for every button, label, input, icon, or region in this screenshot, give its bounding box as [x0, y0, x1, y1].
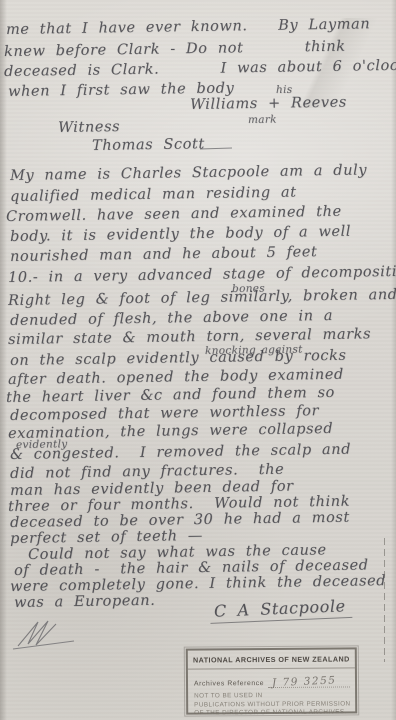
stamp-reference-value: J 79 3255 — [272, 674, 337, 689]
manuscript-line: My name is Charles Stacpoole am a duly — [10, 162, 367, 184]
doctor-signature: C A Stacpoole — [210, 598, 352, 622]
stamp-reference-label: Archives Reference — [194, 680, 264, 688]
witness-label: Witness — [58, 119, 120, 136]
manuscript-line: Right leg & foot of leg similarly, broke… — [8, 287, 396, 309]
manuscript-line: Cromwell. have seen and examined the — [6, 204, 342, 225]
manuscript-line: body. it is evidently the body of a well — [10, 224, 351, 245]
doctor-signature-text: C A Stacpoole — [210, 596, 353, 624]
manuscript-line: nourished man and he about 5 feet — [10, 244, 318, 265]
witness-signature: Thomas Scott — [92, 136, 205, 154]
manuscript-line: 10.- in a very advanced stage of decompo… — [8, 264, 396, 286]
stamp-reference-line: J 79 3255 — [268, 674, 350, 688]
stamp-note-line: OF THE DIRECTOR OF NATIONAL ARCHIVES. — [194, 709, 350, 719]
manuscript-line: on the scalp evidently caused by rocks — [10, 348, 347, 369]
paper-edge-shadow-left — [0, 0, 7, 720]
paper-edge-shadow-right — [391, 0, 396, 720]
initials-scribble — [12, 618, 90, 654]
stamp-title: NATIONAL ARCHIVES OF NEW ZEALAND — [188, 649, 355, 669]
archives-stamp: NATIONAL ARCHIVES OF NEW ZEALAND Archive… — [186, 647, 357, 714]
his-mark-word-his: his — [276, 84, 293, 96]
stamp-reference-row: Archives Reference J 79 3255 — [194, 674, 350, 688]
manuscript-line: denuded of flesh, the above one in a — [10, 308, 333, 329]
witness-names: Williams + Reeves — [190, 95, 347, 113]
his-mark-word-mark: mark — [248, 114, 277, 126]
manuscript-line: qualified medical man residing at — [10, 184, 297, 205]
manuscript-line: was a European. — [14, 593, 156, 611]
pencil-margin-line — [384, 538, 385, 662]
scanned-document-page: me that I have ever known. By Layman kne… — [0, 0, 396, 720]
signature-flourish — [200, 147, 232, 149]
manuscript-line: similar state & mouth torn, several mark… — [8, 326, 371, 348]
